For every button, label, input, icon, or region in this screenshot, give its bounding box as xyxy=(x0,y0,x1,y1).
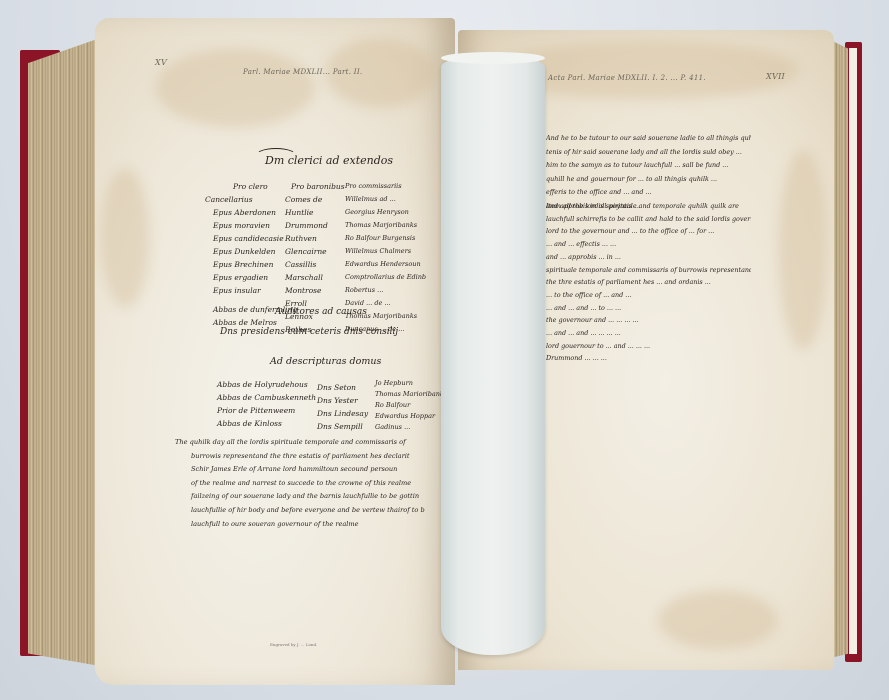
list-item: Epus moravien xyxy=(205,219,297,232)
column-header: Pro baronibus xyxy=(285,180,345,193)
page-block-edges-left xyxy=(28,38,100,666)
list-item: Comes de xyxy=(285,193,345,206)
list-item: Epus ergadien xyxy=(205,271,297,284)
list-item: Glencairne xyxy=(285,245,345,258)
list-item: Ruthven xyxy=(285,232,345,245)
text-line: quhill he and gouernour for ... to all t… xyxy=(546,173,751,187)
text-line: lord gouernour to ... and ... ... ... xyxy=(546,340,751,353)
foxing-stain xyxy=(100,168,150,308)
list-item: Thomas Marioribanks xyxy=(375,389,447,400)
list-item: Cassillis xyxy=(285,258,345,271)
text-line: And he to be tutour to our said souerane… xyxy=(546,132,751,146)
list-item: Cancellarius xyxy=(205,193,297,206)
running-head: Acta Parl. Mariae MDXLII. I. 2. ... P. 4… xyxy=(548,74,706,82)
list-item: Epus Brechinen xyxy=(205,258,297,271)
left-page: XV Parl. Mariae MDXLII... Part. II. Dm c… xyxy=(95,18,455,685)
rolled-paper-insert xyxy=(441,55,545,655)
column-header: Pro clero xyxy=(205,180,297,193)
list-item: Abbas de Cambuskenneth xyxy=(217,391,316,404)
lower-column-abbots: Abbas de Holyrudehous Abbas de Cambusken… xyxy=(217,378,316,430)
list-item: Dns Sempill xyxy=(317,420,368,433)
text-line: efferis to the office and ... and ... xyxy=(546,186,751,200)
declaration-paragraph: The quhilk day all the lordis spirituale… xyxy=(175,436,425,531)
text-line: ... and ... and ... to ... ... xyxy=(546,302,751,315)
list-item: Drummond xyxy=(285,219,345,232)
text-line: spirituale temporale and commissaris of … xyxy=(546,264,751,277)
list-item: Georgius Henryson xyxy=(345,206,426,219)
text-line: and ... approbis ... in ... xyxy=(546,251,751,264)
text-line: ... to the office of ... and ... xyxy=(546,289,751,302)
running-head: Parl. Mariae MDXLII... Part. II. xyxy=(243,68,362,76)
text-line: lauchfull schirrefis to be callit and ha… xyxy=(546,213,751,226)
list-item: Huntlie xyxy=(285,206,345,219)
flourish xyxy=(255,148,297,164)
list-item: Abbas de Kinloss xyxy=(217,417,316,430)
list-item: Thomas Marjoribanks xyxy=(345,219,426,232)
subheading-descriptions: Ad descripturas domus xyxy=(270,357,381,367)
list-item: Comptrollarius de Edinb xyxy=(345,271,426,284)
list-item: Dns Lindesay xyxy=(317,407,368,420)
text-line: The quhilk day all the lordis spirituale… xyxy=(175,436,425,450)
text-line: him to the samyn as to tutour lauchfull … xyxy=(546,159,751,173)
foxing-stain xyxy=(778,150,828,350)
list-item: Dns Seton xyxy=(317,381,368,394)
text-line: failzeing of our souerane lady and the b… xyxy=(175,490,425,504)
list-item: Epus candidecasie xyxy=(205,232,297,245)
subheading-auditors: Auditores ad causas xyxy=(275,308,367,317)
item-paragraph: Item all the lordis spirituale and tempo… xyxy=(546,200,751,365)
text-line: the thre estatis of parliament hes ... a… xyxy=(546,276,751,289)
list-item: Prior de Pittenweem xyxy=(217,404,316,417)
lower-column-burgesses: Jo Hepburn Thomas Marioribanks Ro Balfou… xyxy=(375,378,447,433)
text-line: Drummond ... ... ... xyxy=(546,352,751,365)
list-item: Epus Aberdonen xyxy=(205,206,297,219)
list-item: Montrose xyxy=(285,284,345,297)
text-line: lauchfull to oure soueran governour of t… xyxy=(175,518,425,532)
list-item: Jo Hepburn xyxy=(375,378,447,389)
list-item: Dns Yester xyxy=(317,394,368,407)
president-line: Dns presidens cum ceteris dnis consilij xyxy=(220,328,398,337)
lower-column-lords: Dns Seton Dns Yester Dns Lindesay Dns Se… xyxy=(317,381,368,433)
list-item: Willelmus Chalmers xyxy=(345,245,426,258)
page-number: XV xyxy=(155,58,167,67)
list-item: Epus insular xyxy=(205,284,297,297)
column-header: Pro commissariis xyxy=(345,180,426,193)
text-line: burrowis representand the thre estatis o… xyxy=(175,450,425,464)
text-line: tenis of hir said souerane lady and all … xyxy=(546,146,751,160)
list-item: Robertus ... xyxy=(345,284,426,297)
list-item: Ro Balfour Burgensis xyxy=(345,232,426,245)
engraver-imprint: Engraved by J. ... Lond. xyxy=(270,642,317,647)
text-line: Item all the lordis spirituale and tempo… xyxy=(546,200,751,213)
list-item: Gadinus ... xyxy=(375,422,447,433)
text-line: the governour and ... ... ... ... xyxy=(546,314,751,327)
text-line: of the realme and narrest to succede to … xyxy=(175,477,425,491)
page-number: XVII xyxy=(766,72,785,81)
text-line: ... and ... and ... ... ... ... xyxy=(546,327,751,340)
list-item: Marschall xyxy=(285,271,345,284)
text-line: lauchfullie of hir body and before every… xyxy=(175,504,425,518)
list-item: Willelmus ad ... xyxy=(345,193,426,206)
list-item: Epus Dunkelden xyxy=(205,245,297,258)
foxing-stain xyxy=(658,590,778,650)
text-line: Schir James Erle of Arrane lord hammilto… xyxy=(175,463,425,477)
list-item: Edwardus Hoppar xyxy=(375,411,447,422)
text-line: ... and ... effectis ... ... xyxy=(546,238,751,251)
foxing-stain xyxy=(155,48,315,128)
list-item: Abbas de Holyrudehous xyxy=(217,378,316,391)
list-item: Edwardus Hendersoun xyxy=(345,258,426,271)
rolled-paper-top xyxy=(441,52,545,64)
cover-inner-edge xyxy=(849,48,857,654)
text-line: lord to the governour and ... to the off… xyxy=(546,225,751,238)
list-item: Ro Balfour xyxy=(375,400,447,411)
